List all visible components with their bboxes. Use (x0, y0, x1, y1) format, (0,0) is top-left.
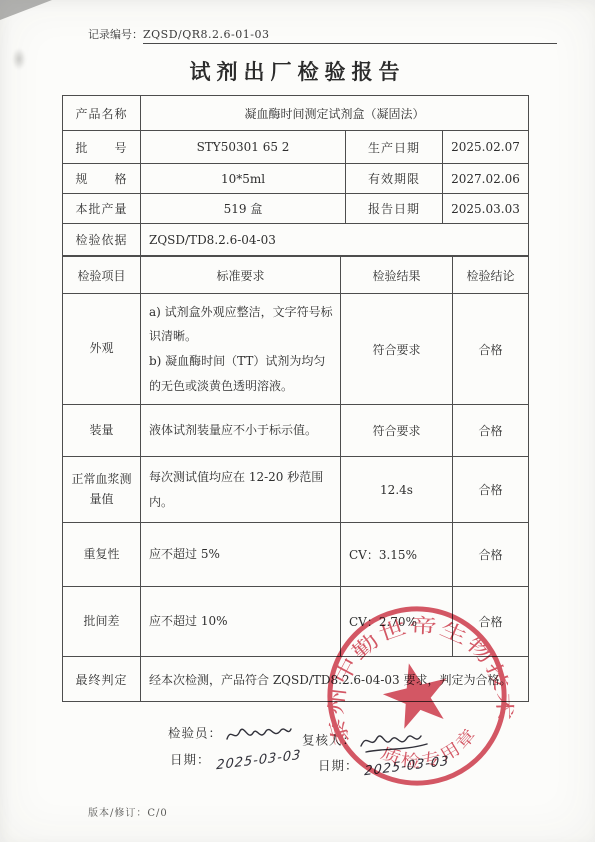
basis-label: 检验依据 (63, 224, 141, 256)
record-number-label: 记录编号： (88, 26, 143, 42)
table-row: 规 格 10*5ml 有效期限 2027.02.06 (63, 164, 529, 194)
item-result: 符合要求 (341, 405, 453, 457)
item-requirement: a) 试剂盒外观应整洁，文字符号标识清晰。 b) 凝血酶时间（TT）试剂为均匀的… (141, 294, 341, 405)
item-name: 外观 (63, 294, 141, 405)
header-conclusion: 检验结论 (453, 257, 529, 294)
item-conclusion: 合格 (453, 457, 529, 523)
item-conclusion: 合格 (453, 523, 529, 587)
scanned-report-page: 记录编号： ZQSD/QR8.2.6-01-03 试剂出厂检验报告 产品名称 凝… (0, 0, 595, 842)
item-name: 批间差 (63, 587, 141, 657)
inspector-date-value: 2025-03-03 (215, 748, 301, 774)
production-date-label: 生产日期 (346, 131, 443, 164)
record-number: 记录编号： ZQSD/QR8.2.6-01-03 (88, 26, 557, 44)
table-row: 检验依据 ZQSD/TD8.2.6-04-03 (63, 224, 529, 256)
company-qc-seal: 泰州中勤世帝生物技术有限公司 质检专用章 (318, 597, 516, 795)
expiry-value: 2027.02.06 (443, 164, 529, 194)
inspector-date-line: 日期： 2025-03-03 (170, 750, 301, 768)
version-footer: 版本/修订：C/0 (88, 804, 168, 819)
header-requirement: 标准要求 (141, 257, 341, 294)
basis-value: ZQSD/TD8.2.6-04-03 (141, 224, 529, 256)
table-row-plasma: 正常血浆测量值 每次测试值均应在 12-20 秒范围内。 12.4s 合格 (63, 457, 529, 523)
quantity-label: 本批产量 (63, 194, 141, 224)
batch-label: 批 号 (63, 131, 141, 164)
quantity-value: 519 盒 (141, 194, 346, 224)
item-requirement: 应不超过 10% (141, 587, 341, 657)
table-row-volume: 装量 液体试剂装量应不小于标示值。 符合要求 合格 (63, 405, 529, 457)
item-conclusion: 合格 (453, 405, 529, 457)
item-result: 12.4s (341, 457, 453, 523)
item-result: CV：3.15% (341, 523, 453, 587)
header-item: 检验项目 (63, 257, 141, 294)
seal-banner-text: 质检专用章 (374, 720, 486, 782)
star-icon (377, 655, 455, 731)
table-row: 本批产量 519 盒 报告日期 2025.03.03 (63, 194, 529, 224)
product-name-label: 产品名称 (63, 96, 141, 131)
spec-label: 规 格 (63, 164, 141, 194)
item-name: 装量 (63, 405, 141, 457)
inspector-line: 检验员： (168, 722, 294, 746)
inspector-label: 检验员： (168, 726, 222, 741)
item-requirement: 每次测试值均应在 12-20 秒范围内。 (141, 457, 341, 523)
item-conclusion: 合格 (453, 294, 529, 405)
record-number-value: ZQSD/QR8.2.6-01-03 (143, 28, 557, 44)
product-info-table: 产品名称 凝血酶时间测定试剂盒（凝固法） 批 号 STY50301 65 2 生… (62, 95, 529, 256)
item-result: 符合要求 (341, 294, 453, 405)
product-name-value: 凝血酶时间测定试剂盒（凝固法） (141, 96, 529, 131)
item-requirement: 应不超过 5% (141, 523, 341, 587)
report-date-value: 2025.03.03 (443, 194, 529, 224)
table-row-appearance: 外观 a) 试剂盒外观应整洁，文字符号标识清晰。 b) 凝血酶时间（TT）试剂为… (63, 294, 529, 405)
table-row-repeatability: 重复性 应不超过 5% CV：3.15% 合格 (63, 523, 529, 587)
item-name: 正常血浆测量值 (63, 457, 141, 523)
final-judgement-label: 最终判定 (63, 657, 141, 702)
table-row: 批 号 STY50301 65 2 生产日期 2025.02.07 (63, 131, 529, 164)
header-result: 检验结果 (341, 257, 453, 294)
page-title: 试剂出厂检验报告 (0, 56, 595, 86)
report-date-label: 报告日期 (346, 194, 443, 224)
item-requirement: 液体试剂装量应不小于标示值。 (141, 405, 341, 457)
table-row: 产品名称 凝血酶时间测定试剂盒（凝固法） (63, 96, 529, 131)
inspector-date-label: 日期： (170, 752, 211, 767)
spec-value: 10*5ml (141, 164, 346, 194)
scan-artifact-corner (0, 0, 52, 20)
batch-value: STY50301 65 2 (141, 131, 346, 164)
inspector-signature (224, 722, 294, 746)
expiry-label: 有效期限 (346, 164, 443, 194)
item-name: 重复性 (63, 523, 141, 587)
production-date-value: 2025.02.07 (443, 131, 529, 164)
inspection-header-row: 检验项目 标准要求 检验结果 检验结论 (63, 257, 529, 294)
